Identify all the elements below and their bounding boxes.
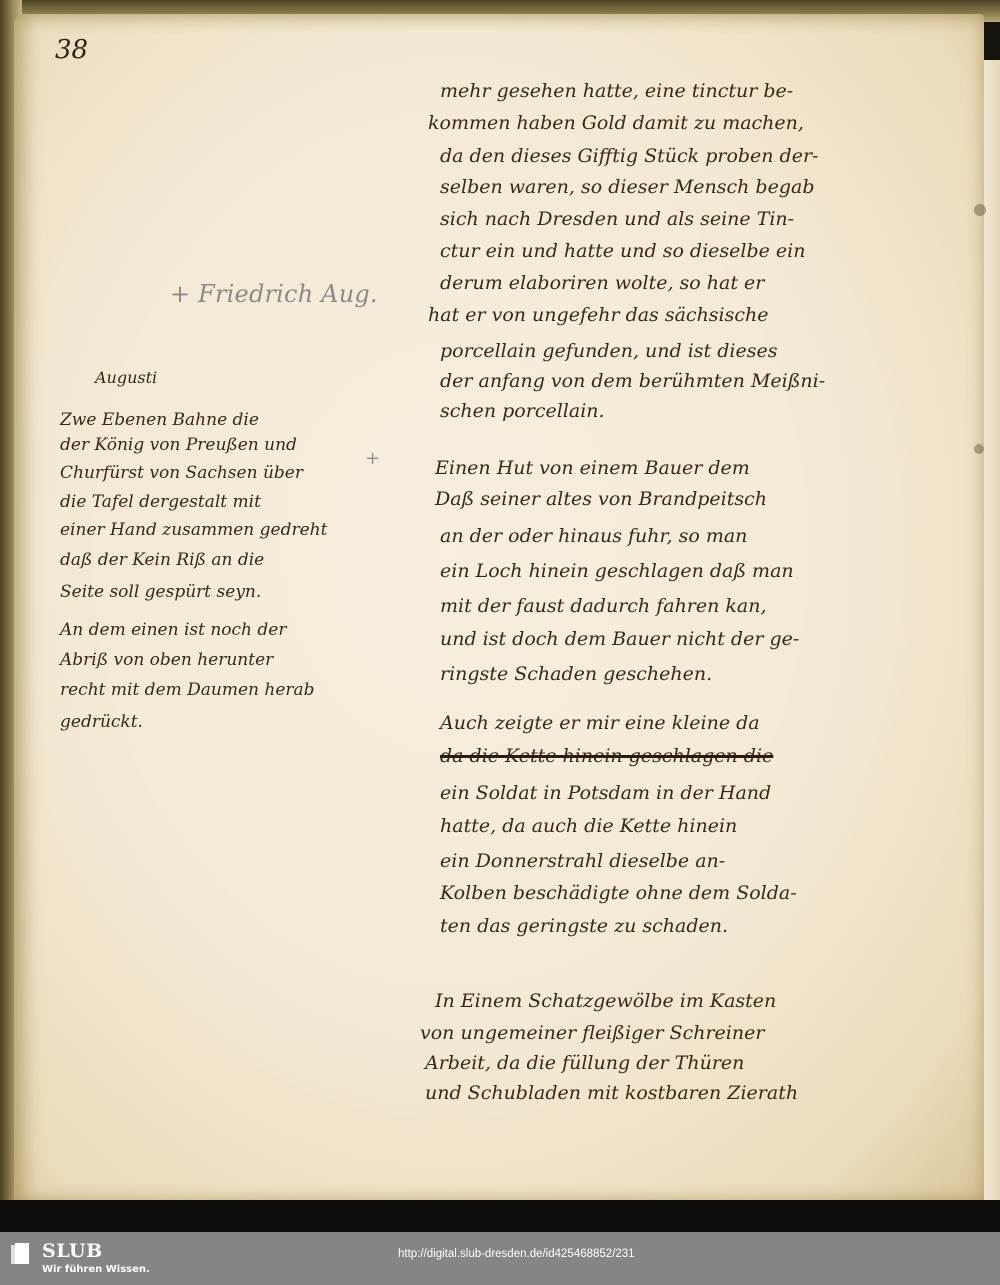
right-line: ringste Schaden geschehen. (440, 663, 712, 685)
right-line: und Schubladen mit kostbaren Zierath (425, 1082, 798, 1104)
right-line: mit der faust dadurch fahren kan, (440, 595, 767, 617)
right-line: ein Soldat in Potsdam in der Hand (440, 782, 771, 804)
left-line: An dem einen ist noch der (60, 620, 286, 640)
right-line: Einen Hut von einem Bauer dem (435, 457, 750, 479)
left-line: daß der Kein Riß an die (60, 550, 264, 570)
permalink-url[interactable]: http://digital.slub-dresden.de/id4254688… (398, 1248, 635, 1260)
left-line: der König von Preußen und (60, 435, 297, 455)
right-line: kommen haben Gold damit zu machen, (428, 112, 804, 134)
right-line: der anfang von dem berühmten Meißni- (440, 370, 825, 392)
right-line: sich nach Dresden und als seine Tin- (440, 208, 794, 230)
stain-mark (974, 204, 986, 216)
right-line: ein Donnerstrahl dieselbe an- (440, 850, 725, 872)
right-line: an der oder hinaus fuhr, so man (440, 525, 747, 547)
manuscript-scan: 38 + Friedrich Aug. + Augusti Zwe Ebenen… (0, 0, 1000, 1232)
right-line: porcellain gefunden, und ist dieses (440, 340, 777, 362)
left-line: die Tafel dergestalt mit (60, 492, 261, 512)
slub-book-icon (10, 1242, 30, 1266)
left-heading: Augusti (95, 368, 157, 387)
book-bottom-edge (0, 1200, 1000, 1232)
right-line: ctur ein und hatte und so dieselbe ein (440, 240, 806, 262)
right-line: mehr gesehen hatte, eine tinctur be- (440, 80, 793, 102)
left-line: Seite soll gespürt seyn. (60, 582, 261, 602)
right-line: hat er von ungefehr das sächsische (428, 304, 769, 326)
right-line: selben waren, so dieser Mensch begab (440, 176, 814, 198)
right-line: da den dieses Gifftig Stück proben der- (440, 145, 818, 167)
right-line: Kolben beschädigte ohne dem Solda- (440, 882, 797, 904)
right-line: derum elaboriren wolte, so hat er (440, 272, 764, 294)
slub-logo-text: SLUB (42, 1240, 103, 1262)
right-line: schen porcellain. (440, 400, 605, 422)
viewer-footer: SLUB Wir führen Wissen. http://digital.s… (0, 1232, 1000, 1285)
pencil-plus-mark: + (365, 448, 380, 469)
left-line: recht mit dem Daumen herab (60, 680, 315, 700)
right-line: hatte, da auch die Kette hinein (440, 815, 737, 837)
right-line: Daß seiner altes von Brandpeitsch (435, 488, 767, 510)
right-line: von ungemeiner fleißiger Schreiner (420, 1022, 764, 1044)
right-line: ein Loch hinein geschlagen daß man (440, 560, 794, 582)
left-line: Churfürst von Sachsen über (60, 463, 303, 483)
right-line: und ist doch dem Bauer nicht der ge- (440, 628, 799, 650)
left-line: Abriß von oben herunter (60, 650, 273, 670)
left-line: Zwe Ebenen Bahne die (60, 410, 259, 430)
right-line-struck: da die Kette hinein geschlagen die (440, 745, 773, 767)
right-line: Arbeit, da die füllung der Thüren (425, 1052, 744, 1074)
left-line: gedrückt. (60, 712, 143, 732)
page-number: 38 (55, 35, 88, 65)
right-line: Auch zeigte er mir eine kleine da (440, 712, 760, 734)
left-line: einer Hand zusammen gedreht (60, 520, 327, 540)
right-line: In Einem Schatzgewölbe im Kasten (435, 990, 776, 1012)
slub-tagline: Wir führen Wissen. (42, 1264, 150, 1275)
right-line: ten das geringste zu schaden. (440, 915, 728, 937)
pencil-annotation: + Friedrich Aug. (170, 280, 378, 308)
stain-mark (974, 444, 984, 454)
